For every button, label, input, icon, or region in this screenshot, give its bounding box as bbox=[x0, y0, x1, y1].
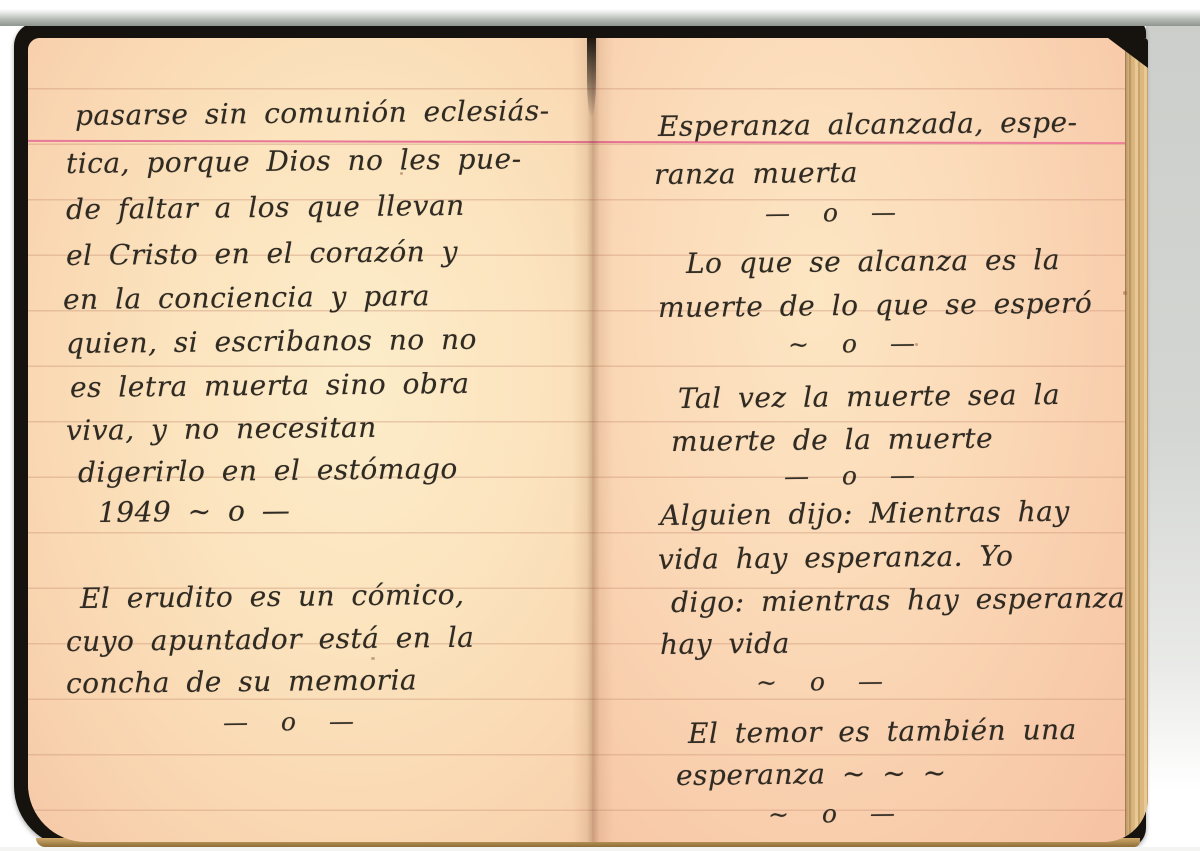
paper-speck bbox=[1123, 291, 1127, 295]
handwritten-line: ranza muerta bbox=[654, 159, 858, 189]
handwritten-line: es letra muerta sino obra bbox=[70, 370, 470, 402]
handwritten-line: Tal vez la muerte sea la bbox=[678, 381, 1060, 413]
handwritten-line: muerte de lo que se esperó bbox=[658, 289, 1093, 322]
handwritten-line: cuyo apuntador está en la bbox=[66, 624, 475, 656]
handwritten-line: digo: mientras hay esperanza bbox=[671, 584, 1125, 617]
handwritten-line: pasarse sin comunión eclesiás- bbox=[75, 97, 550, 130]
handwritten-line: concha de su memoria bbox=[66, 666, 417, 698]
handwritten-line: Lo que se alcanza es la bbox=[686, 246, 1060, 278]
section-separator-mark: ~ o — bbox=[788, 331, 924, 357]
section-separator-mark: — o — bbox=[765, 200, 905, 226]
handwritten-line: en la conciencia y para bbox=[63, 282, 430, 314]
section-separator-mark: — o — bbox=[223, 709, 363, 735]
handwritten-line: Alguien dijo: Mientras hay bbox=[660, 498, 1070, 530]
scanner-background-bottom bbox=[0, 847, 1200, 851]
binding-notch bbox=[587, 38, 596, 118]
handwritten-line: muerte de la muerte bbox=[671, 425, 993, 456]
handwritten-line: digerirlo en el estómago bbox=[78, 455, 458, 487]
scanned-notebook-photo: pasarse sin comunión eclesiás- tica, por… bbox=[0, 0, 1200, 851]
handwritten-line: hay vida bbox=[660, 630, 790, 659]
handwritten-line: vida hay esperanza. Yo bbox=[658, 542, 1014, 574]
handwritten-line: quien, si escribanos no no bbox=[66, 326, 477, 358]
handwritten-line: El erudito es un cómico, bbox=[80, 581, 465, 613]
handwritten-line: tica, porque Dios no les pue- bbox=[66, 145, 522, 178]
handwritten-line: de faltar a los que llevan bbox=[66, 192, 465, 224]
handwritten-line: Esperanza alcanzada, espe- bbox=[658, 109, 1078, 141]
section-separator-mark: ~ o — bbox=[756, 669, 892, 695]
open-page-spread: pasarse sin comunión eclesiás- tica, por… bbox=[28, 38, 1148, 842]
handwritten-line-year: 1949 ~ o — bbox=[98, 497, 291, 527]
handwritten-line: el Cristo en el corazón y bbox=[66, 238, 458, 270]
paper-speck bbox=[371, 657, 375, 660]
scanner-background-top bbox=[0, 0, 1200, 26]
handwritten-line: El temor es también una bbox=[688, 716, 1077, 748]
section-separator-mark: ~ o — bbox=[768, 801, 904, 827]
section-separator-mark: — o — bbox=[784, 463, 924, 489]
page-gutter bbox=[572, 38, 614, 842]
fore-edge-page-stack bbox=[1125, 38, 1148, 842]
handwritten-line: viva, y no necesitan bbox=[66, 414, 377, 445]
scanner-background-right bbox=[1146, 0, 1200, 851]
handwritten-line: esperanza ~ ~ ~ bbox=[676, 759, 947, 790]
